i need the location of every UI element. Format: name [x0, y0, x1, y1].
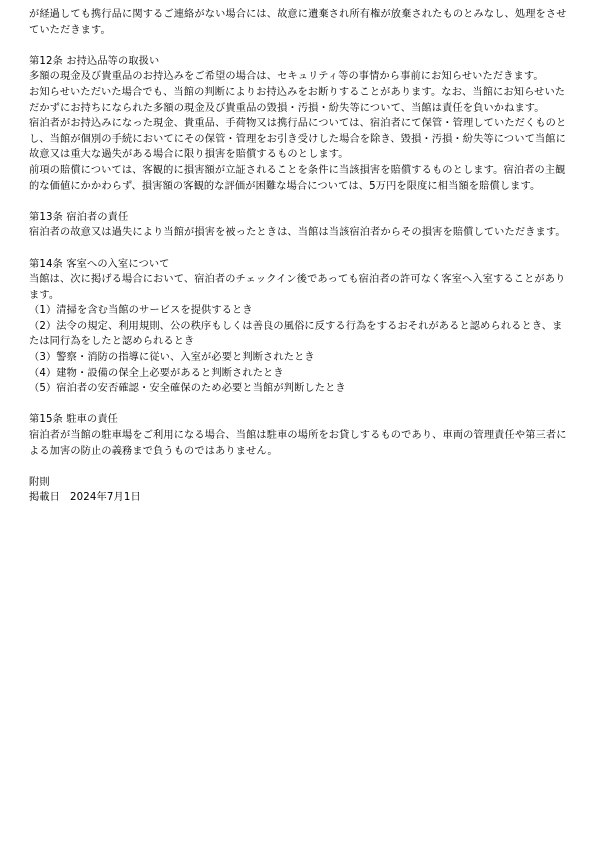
- article-14: 第14条 客室への入室について 当館は、次に掲げる場合において、宿泊者のチェック…: [29, 257, 569, 397]
- article-14-item-3: （3）警察・消防の指導に従い、入室が必要と判断されたとき: [29, 350, 569, 366]
- article-14-item-1: （1）清掃を含む当館のサービスを提供するとき: [29, 303, 569, 319]
- article-13: 第13条 宿泊者の責任 宿泊者の故意又は過失により当館が損害を被ったときは、当館…: [29, 210, 569, 241]
- article-12-paragraph-4: 前項の賠償については、客観的に損害額が立証されることを条件に当該損害を賠償するも…: [29, 163, 569, 194]
- spacer: [29, 459, 569, 475]
- article-12-paragraph-2: お知らせいただいた場合でも、当館の判断によりお持込みをお断りすることがあります。…: [29, 85, 569, 116]
- article-13-paragraph-1: 宿泊者の故意又は過失により当館が損害を被ったときは、当館は当該宿泊者からその損害…: [29, 225, 569, 241]
- spacer: [29, 397, 569, 413]
- article-15: 第15条 駐車の責任 宿泊者が当館の駐車場をご利用になる場合、当館は駐車の場所を…: [29, 412, 569, 459]
- intro-paragraph: が経過しても携行品に関するご連絡がない場合には、故意に遺棄され所有権が放棄された…: [29, 7, 569, 38]
- article-12-paragraph-1: 多額の現金及び貴重品のお持込みをご希望の場合は、セキュリティ等の事情から事前にお…: [29, 69, 569, 85]
- article-13-heading: 第13条 宿泊者の責任: [29, 210, 569, 226]
- article-14-heading: 第14条 客室への入室について: [29, 257, 569, 273]
- supplementary-provisions: 附則 掲載日2024年7月1日: [29, 475, 569, 506]
- article-15-paragraph-1: 宿泊者が当館の駐車場をご利用になる場合、当館は駐車の場所をお貸しするものであり、…: [29, 428, 569, 459]
- article-14-item-2: （2）法令の規定、利用規則、公の秩序もしくは善良の風俗に反する行為をするおそれが…: [29, 319, 569, 350]
- article-12: 第12条 お持込品等の取扱い 多額の現金及び貴重品のお持込みをご希望の場合は、セ…: [29, 54, 569, 194]
- spacer: [29, 38, 569, 54]
- article-14-intro: 当館は、次に掲げる場合において、宿泊者のチェックイン後であっても宿泊者の許可なく…: [29, 272, 569, 303]
- article-12-paragraph-3: 宿泊者がお持込みになった現金、貴重品、手荷物又は携行品については、宿泊者にて保管…: [29, 116, 569, 163]
- article-15-heading: 第15条 駐車の責任: [29, 412, 569, 428]
- article-14-item-4: （4）建物・設備の保全上必要があると判断されたとき: [29, 366, 569, 382]
- article-12-heading: 第12条 お持込品等の取扱い: [29, 54, 569, 70]
- supplementary-heading: 附則: [29, 475, 569, 491]
- document-page: が経過しても携行品に関するご連絡がない場合には、故意に遺棄され所有権が放棄された…: [29, 7, 569, 506]
- article-14-item-5: （5）宿泊者の安否確認・安全確保のため必要と当館が判断したとき: [29, 381, 569, 397]
- publication-date-row: 掲載日2024年7月1日: [29, 490, 569, 506]
- spacer: [29, 241, 569, 257]
- spacer: [29, 194, 569, 210]
- publication-date-label: 掲載日: [29, 492, 60, 503]
- publication-date-value: 2024年7月1日: [70, 492, 141, 503]
